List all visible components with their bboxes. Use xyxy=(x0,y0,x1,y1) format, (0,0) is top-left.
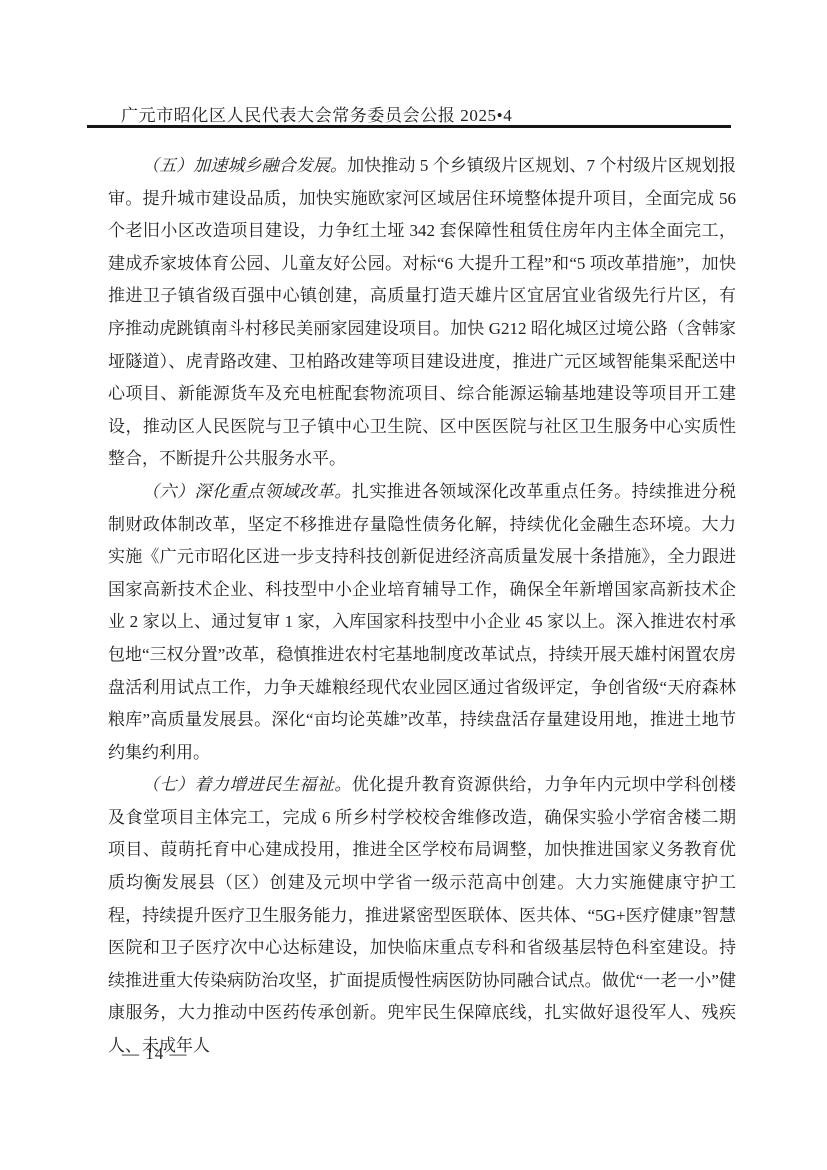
paragraph-section-5: （五）加速城乡融合发展。加快推动 5 个乡镇级片区规划、7 个村级片区规划报审。… xyxy=(108,150,736,476)
header-rule xyxy=(87,125,731,128)
section-6-text: 扎实推进各领域深化改革重点任务。持续推进分税制财政体制改革，坚定不移推进存量隐性… xyxy=(108,482,736,762)
section-5-heading: （五）加速城乡融合发展。 xyxy=(142,156,347,175)
page-number: — 14 — xyxy=(122,1044,188,1064)
section-7-text: 优化提升教育资源供给，力争年内元坝中学科创楼及食堂项目主体完工，完成 6 所乡村… xyxy=(108,775,736,1055)
document-page: 广元市昭化区人民代表大会常务委员会公报 2025•4 （五）加速城乡融合发展。加… xyxy=(0,0,827,1170)
section-5-text: 加快推动 5 个乡镇级片区规划、7 个村级片区规划报审。提升城市建设品质，加快实… xyxy=(108,156,736,468)
section-6-heading: （六）深化重点领域改革。 xyxy=(142,482,352,501)
document-body: （五）加速城乡融合发展。加快推动 5 个乡镇级片区规划、7 个村级片区规划报审。… xyxy=(108,150,736,1063)
paragraph-section-7: （七）着力增进民生福祉。优化提升教育资源供给，力争年内元坝中学科创楼及食堂项目主… xyxy=(108,769,736,1062)
paragraph-section-6: （六）深化重点领域改革。扎实推进各领域深化改革重点任务。持续推进分税制财政体制改… xyxy=(108,476,736,769)
bulletin-header-title: 广元市昭化区人民代表大会常务委员会公报 2025•4 xyxy=(121,101,512,126)
section-7-heading: （七）着力增进民生福祉。 xyxy=(142,775,352,794)
